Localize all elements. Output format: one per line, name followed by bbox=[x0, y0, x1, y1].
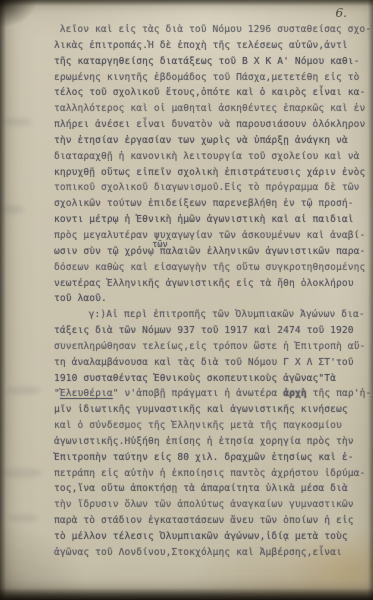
document-line: κοντι μέτρῳ ἡ Ἐθνικὴ ἡμῶν ἀγωνιστικὴ καὶ… bbox=[54, 212, 371, 228]
document-line: τοῦ λαοῦ. bbox=[54, 291, 371, 307]
document-line: ταλληλότερος καὶ οἱ μαθηταὶ ἀσκηθέντες ἐ… bbox=[54, 101, 371, 117]
document-line: τῆς καταργηθείσης διατάξεως τοῦ Β Χ Κ Α'… bbox=[54, 54, 371, 70]
document-line: πρὸς μεγαλυτέραν ψυχαγωγίαν τῶν ἀσκουμέν… bbox=[54, 228, 371, 244]
document-line: ερωμένης κινητῆς ἑβδομάδος τοῦ Πάσχα,μετ… bbox=[54, 70, 371, 86]
document-line: τος,ἵνα οὕτω ἀποκτήσῃ τὰ ἀπαραίτητα ὑλικ… bbox=[54, 481, 371, 497]
document-line: τὴν ἐτησίαν ἐργασίαν των χωρὶς νὰ ὑπάρξῃ… bbox=[54, 133, 371, 149]
document-line: τὸ μέλλον τέλεσις Ὀλυμπιακῶν ἀγώνων,ἰδίᾳ… bbox=[54, 529, 371, 545]
document-line: πετράπη εἰς αὐτὴν ἡ ἐκποίησις παντὸς ἀχρ… bbox=[54, 466, 371, 482]
document-line: τοπικοῦ σχολικοῦ διαγωνισμοῦ.Εἰς τὸ πρόγ… bbox=[54, 180, 371, 196]
document-line: λικὰς ἐπιτροπάς.Ἡ δὲ ἐποχὴ τῆς τελέσεως … bbox=[54, 38, 371, 54]
document-line: γ:)Αἱ περὶ ἐπιτροπῆς τῶν Ὀλυμπιακῶν Ἀγών… bbox=[54, 307, 371, 323]
document-line: "Ἐλευθέρια" ν'ἀποβῇ πράγματι ἡ ἀνωτέρα ἀ… bbox=[54, 386, 371, 402]
margin-smudge bbox=[6, 386, 40, 395]
document-line: 1910 συσταθέντας Ἐθνικοὺς σκοπευτικοὺς ἀ… bbox=[54, 371, 371, 387]
document-line: τέλος τοῦ σχολικοῦ ἔτους,ὁπότε καὶ ὁ και… bbox=[54, 85, 371, 101]
document-line: νεωτέρας Ἑλληνικῆς ἀγωνιστικῆς εἰς τὰ ἤθ… bbox=[54, 276, 371, 292]
document-line: ἀγῶνας τοῦ Λονδίνου,Στοκχόλμης καὶ Ἀμβέρ… bbox=[54, 545, 371, 561]
scanned-page-photo: 6. λεῖον καὶ εἰς τὰς διὰ τοῦ Νόμου 1296 … bbox=[0, 0, 373, 600]
document-line: ωσιν σὺν τῷ χρόνῳ παλαιῶν ἑλληνικῶν ἀγων… bbox=[54, 244, 371, 260]
document-line: παρὰ τὸ στάδιον ἐγκαταστάσεων ἄνευ τῶν ὁ… bbox=[54, 513, 371, 529]
document-line: διαταραχθῇ ἡ κανονικὴ λειτουργία τοῦ σχο… bbox=[54, 149, 371, 165]
text-block: λεῖον καὶ εἰς τὰς διὰ τοῦ Νόμου 1296 συσ… bbox=[54, 22, 371, 561]
document-line: τη ἀναλαμβάνουσα καὶ τὰς διὰ τοῦ Νόμου Γ… bbox=[54, 355, 371, 371]
document-line: τάξεις διὰ τῶν Νόμων 937 τοῦ 1917 καὶ 24… bbox=[54, 323, 371, 339]
margin-smudge bbox=[2, 118, 32, 126]
document-line: λεῖον καὶ εἰς τὰς διὰ τοῦ Νόμου 1296 συσ… bbox=[54, 22, 371, 38]
document-line: μῖν ἰδιωτικῆς γυμναστικῆς καὶ ἀγωνιστικῆ… bbox=[54, 402, 371, 418]
document-line: σχολικῶν τούτων ἐπιδείξεων παρενεβλήθη ἐ… bbox=[54, 196, 371, 212]
document-line: κηρυχθῇ οὕτως εἰπεῖν σχολικὴ ἐπιστράτευσ… bbox=[54, 165, 371, 181]
typed-insertion: τῶν bbox=[152, 237, 168, 254]
page-number: 6. bbox=[336, 6, 347, 20]
document-line: καὶ ὁ σύνδεσμος τῆς Ἑλληνικῆς μετὰ τῆς π… bbox=[54, 418, 371, 434]
margin-smudge bbox=[0, 205, 24, 214]
paper-sheet: 6. λεῖον καὶ εἰς τὰς διὰ τοῦ Νόμου 1296 … bbox=[0, 0, 373, 600]
document-line: δόσεων καθὼς καὶ εἰσαγωγὴν τῆς οὕτω συγκ… bbox=[54, 260, 371, 276]
margin-smudge bbox=[8, 514, 38, 522]
document-line: συνεπληρώθησαν τελείως,εἰς τρόπον ὥστε ἡ… bbox=[54, 339, 371, 355]
document-line: τὴν ἵδρυσιν ὅλων τῶν ἀπολύτως ἀναγκαίων … bbox=[54, 497, 371, 513]
document-line: πλήρει ἀνέσει εἶναι δυνατὸν νὰ παρουσιάσ… bbox=[54, 117, 371, 133]
document-line: ἀγωνιστικῆς.Ηὐξήθη ἐπίσης ἡ ἐτησία χορηγ… bbox=[54, 434, 371, 450]
margin-smudge bbox=[2, 468, 42, 478]
document-line: Ἐπιτροπὴν ταύτην εἰς 80 χιλ. δραχμῶν ἐτη… bbox=[54, 450, 371, 466]
